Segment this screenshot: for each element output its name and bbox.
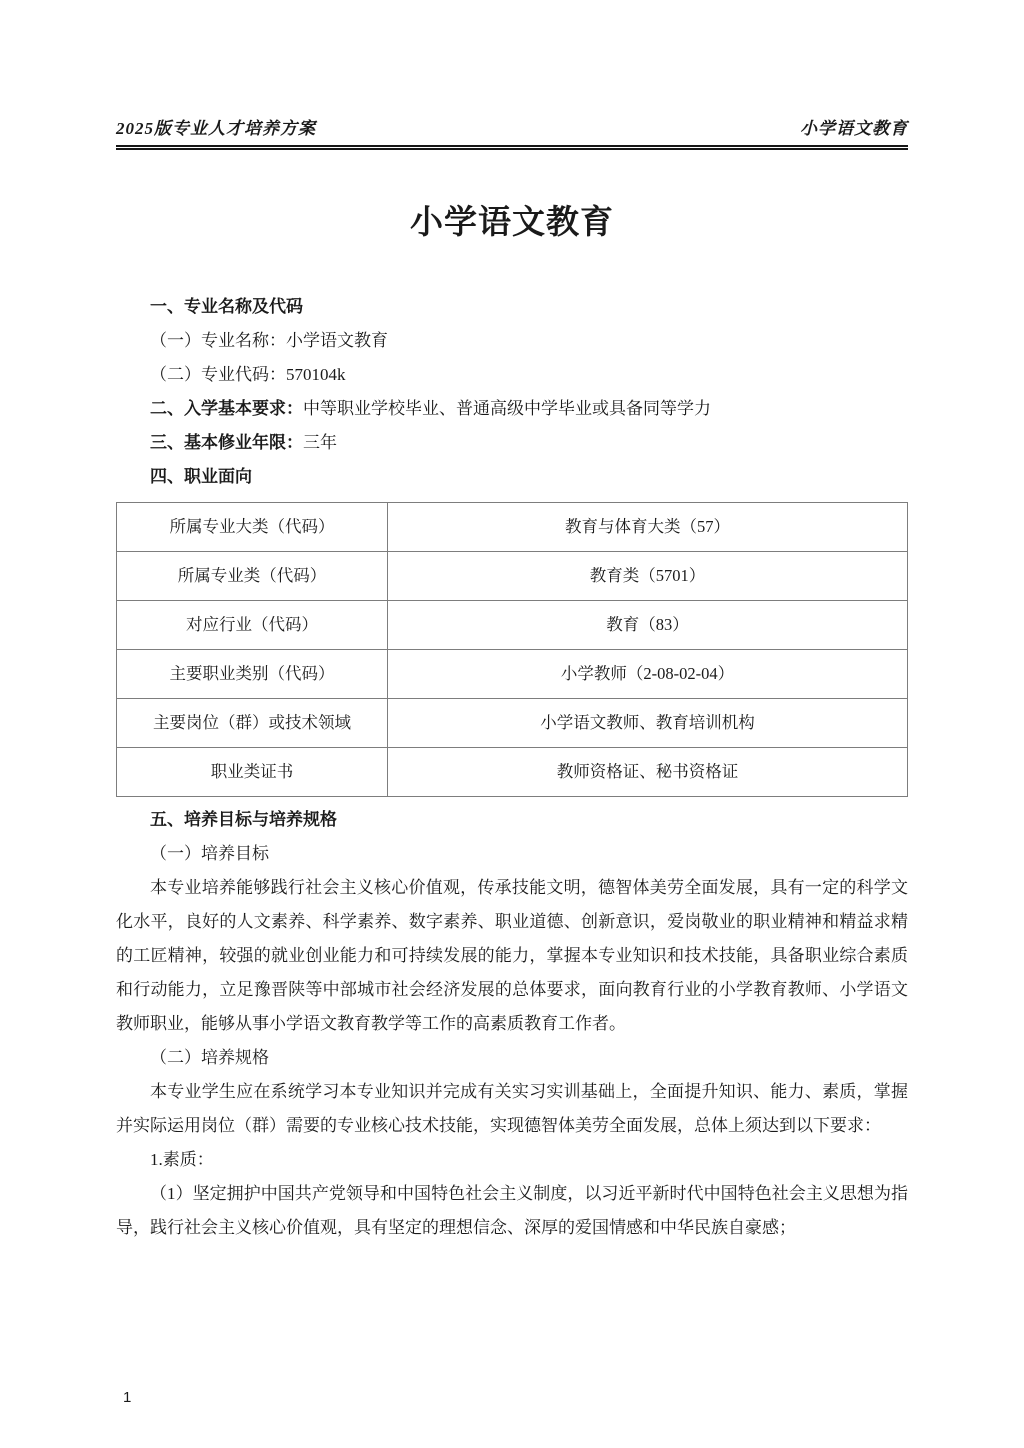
section2-text: 中等职业学校毕业、普通高级中学毕业或具备同等学力 xyxy=(303,399,711,418)
document-body: 一、专业名称及代码 （一）专业名称：小学语文教育 （二）专业代码：570104k… xyxy=(116,290,908,1245)
section4-heading: 四、职业面向 xyxy=(116,460,908,494)
header-left-text: 2025版专业人才培养方案 xyxy=(116,114,316,139)
table-row: 主要职业类别（代码） 小学教师（2-08-02-04） xyxy=(117,650,908,699)
table-row: 主要岗位（群）或技术领域 小学语文教师、教育培训机构 xyxy=(117,699,908,748)
table-row: 对应行业（代码） 教育（83） xyxy=(117,601,908,650)
table-value-cell: 小学教师（2-08-02-04） xyxy=(388,650,908,699)
section1-heading: 一、专业名称及代码 xyxy=(116,290,908,324)
table-value-cell: 教师资格证、秘书资格证 xyxy=(388,748,908,797)
section5-sub1-heading: （一）培养目标 xyxy=(116,837,908,871)
section2-label: 二、入学基本要求： xyxy=(150,399,303,418)
header-right-text: 小学语文教育 xyxy=(800,114,908,139)
page-header: 2025版专业人才培养方案 小学语文教育 xyxy=(116,0,908,150)
section3-label: 三、基本修业年限： xyxy=(150,433,303,452)
section1-item1: （一）专业名称：小学语文教育 xyxy=(116,324,908,358)
section3-line: 三、基本修业年限：三年 xyxy=(116,426,908,460)
page-title: 小学语文教育 xyxy=(116,200,908,246)
table-value-cell: 教育（83） xyxy=(388,601,908,650)
document-page: 2025版专业人才培养方案 小学语文教育 小学语文教育 一、专业名称及代码 （一… xyxy=(0,0,1024,1448)
quality-item-1: （1）坚定拥护中国共产党领导和中国特色社会主义制度，以习近平新时代中国特色社会主… xyxy=(116,1177,908,1245)
section1-item2: （二）专业代码：570104k xyxy=(116,358,908,392)
section2-line: 二、入学基本要求：中等职业学校毕业、普通高级中学毕业或具备同等学力 xyxy=(116,392,908,426)
table-label-cell: 主要岗位（群）或技术领域 xyxy=(117,699,388,748)
career-orientation-table: 所属专业大类（代码） 教育与体育大类（57） 所属专业类（代码） 教育类（570… xyxy=(116,502,908,797)
table-value-cell: 小学语文教师、教育培训机构 xyxy=(388,699,908,748)
section3-text: 三年 xyxy=(303,433,337,452)
table-value-cell: 教育类（5701） xyxy=(388,552,908,601)
quality-heading: 1.素质： xyxy=(116,1143,908,1177)
page-number: 1 xyxy=(123,1389,131,1406)
table-label-cell: 对应行业（代码） xyxy=(117,601,388,650)
table-row: 所属专业大类（代码） 教育与体育大类（57） xyxy=(117,503,908,552)
table-row: 职业类证书 教师资格证、秘书资格证 xyxy=(117,748,908,797)
table-label-cell: 职业类证书 xyxy=(117,748,388,797)
table-label-cell: 所属专业类（代码） xyxy=(117,552,388,601)
table-label-cell: 所属专业大类（代码） xyxy=(117,503,388,552)
section5-sub2-heading: （二）培养规格 xyxy=(116,1041,908,1075)
training-objective-paragraph: 本专业培养能够践行社会主义核心价值观，传承技能文明，德智体美劳全面发展，具有一定… xyxy=(116,871,908,1041)
table-row: 所属专业类（代码） 教育类（5701） xyxy=(117,552,908,601)
training-spec-paragraph: 本专业学生应在系统学习本专业知识并完成有关实习实训基础上，全面提升知识、能力、素… xyxy=(116,1075,908,1143)
table-label-cell: 主要职业类别（代码） xyxy=(117,650,388,699)
section5-heading: 五、培养目标与培养规格 xyxy=(116,803,908,837)
table-value-cell: 教育与体育大类（57） xyxy=(388,503,908,552)
